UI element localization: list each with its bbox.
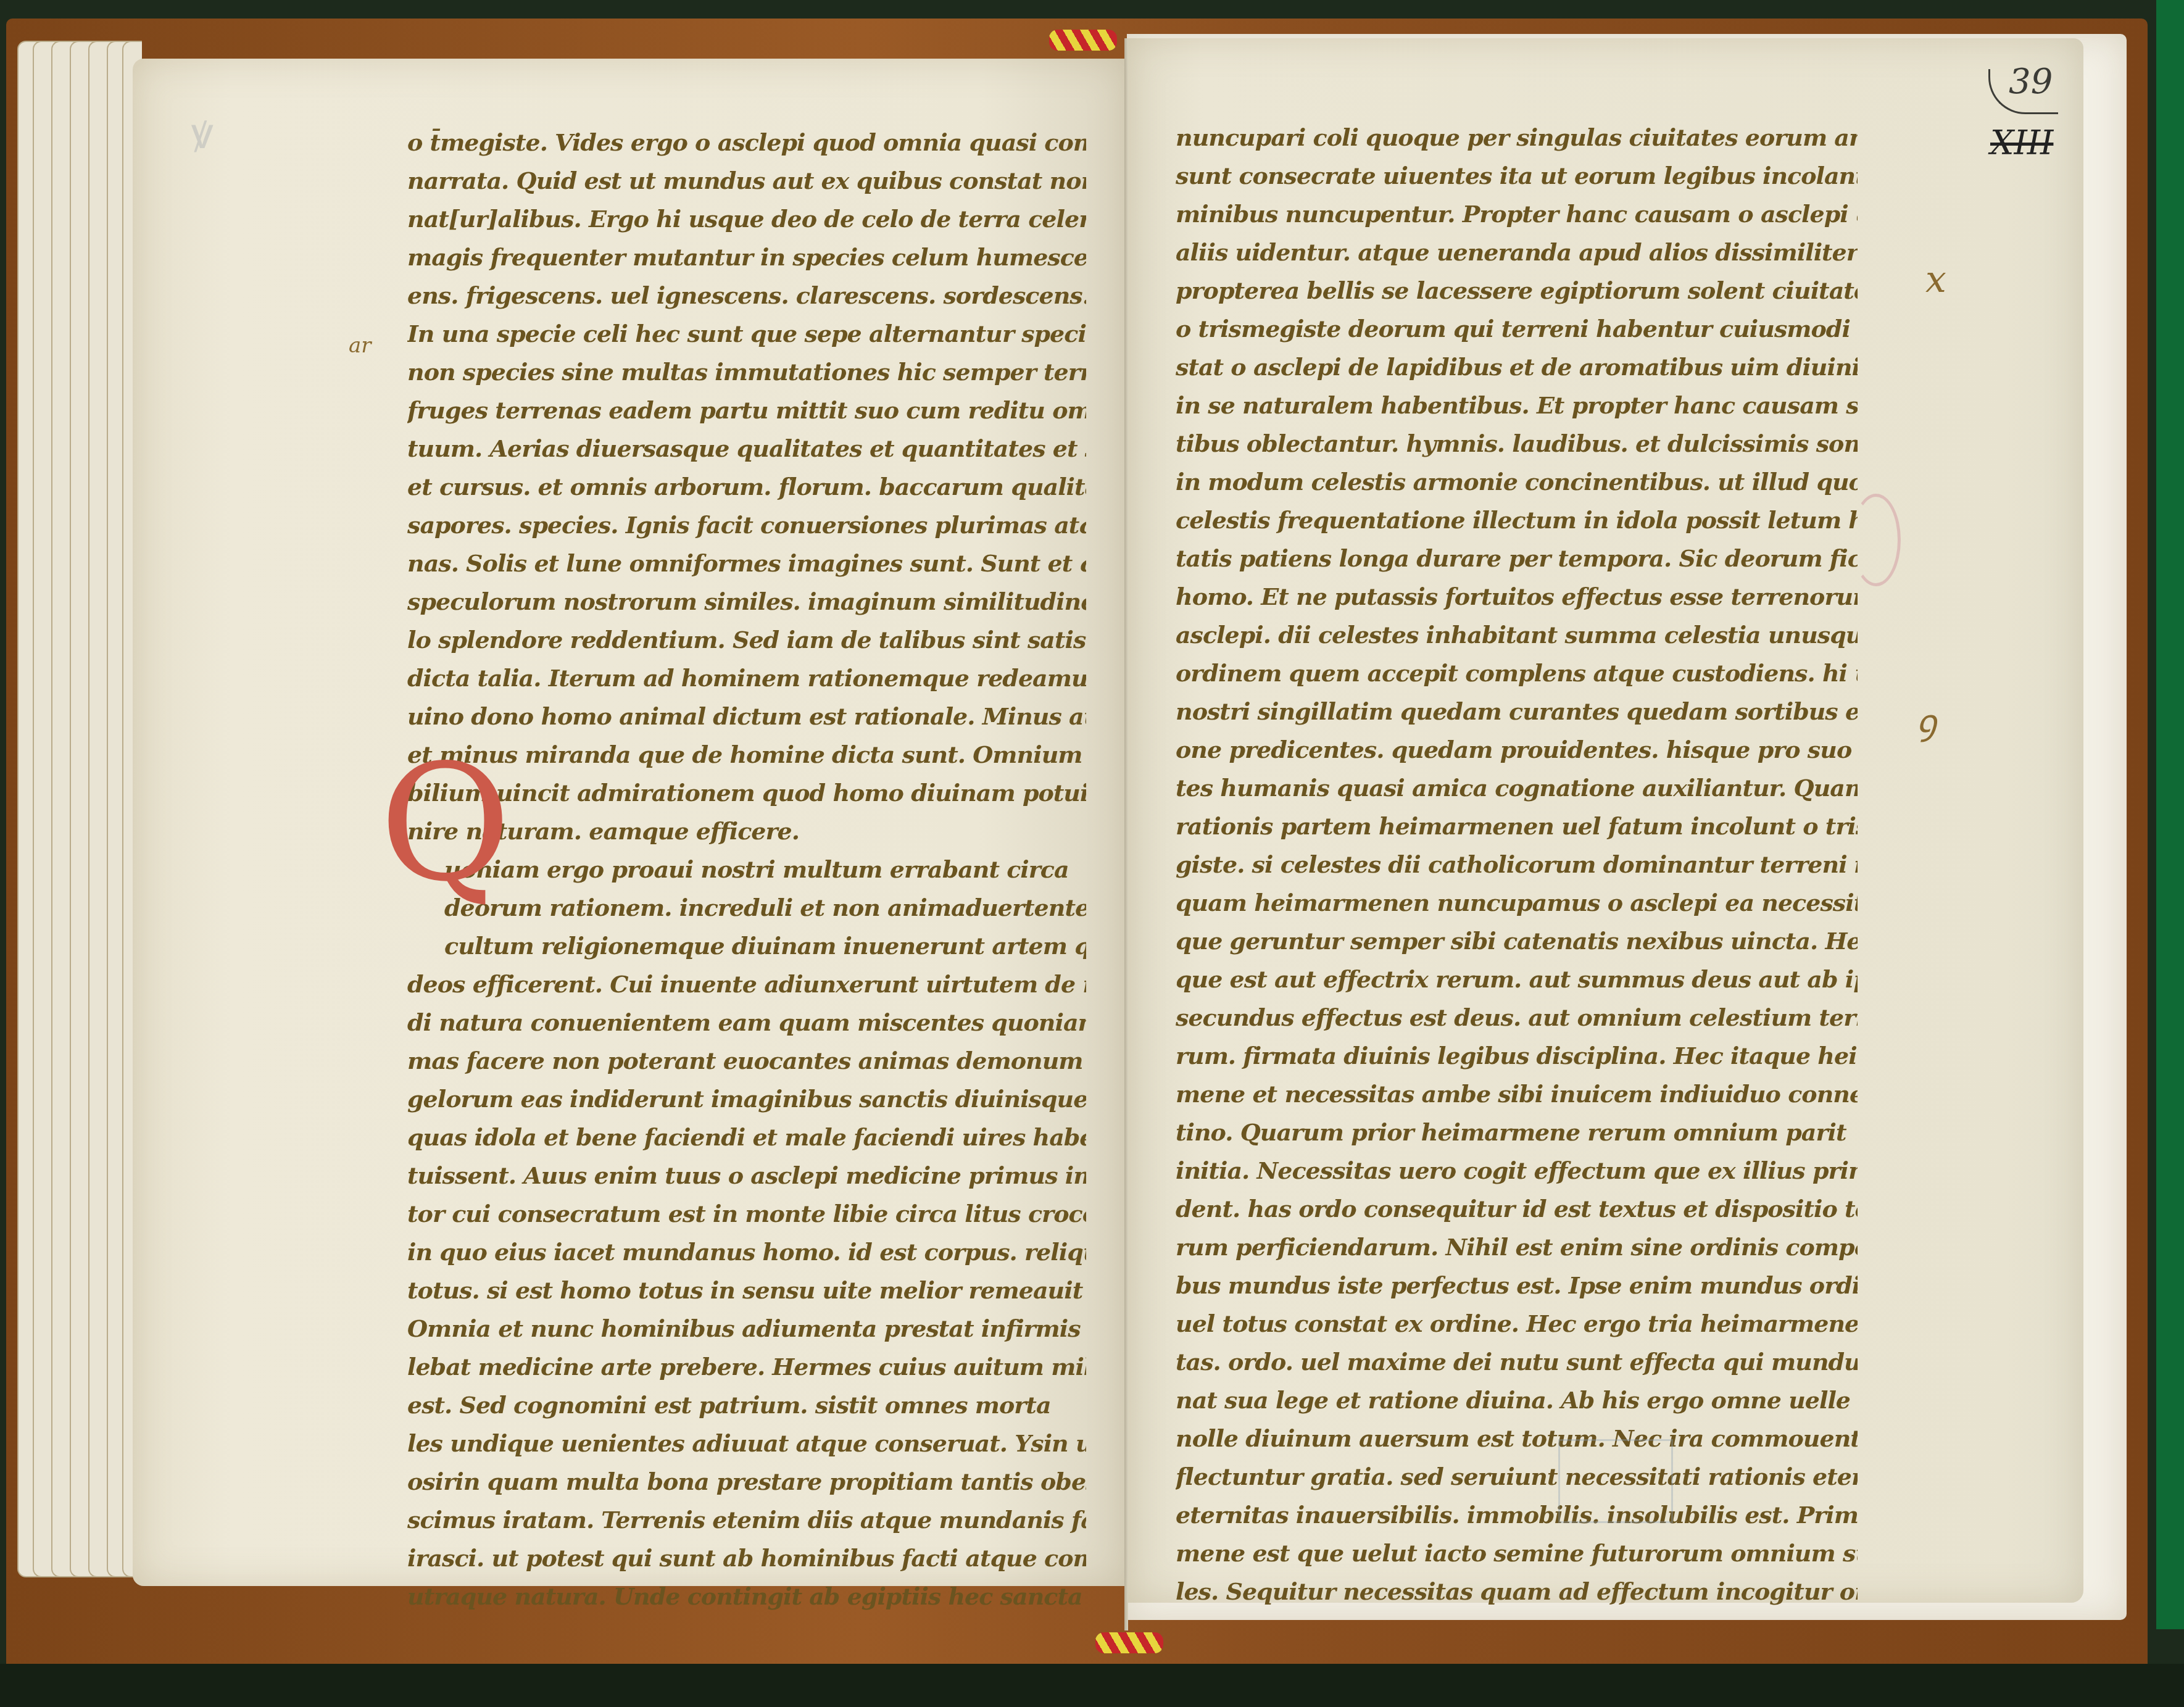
text-line: rum perficiendarum. Nihil est enim sine … — [1176, 1228, 1858, 1266]
margin-mark-loop: ꝯ — [1916, 697, 1937, 744]
text-line: nuncupari coli quoque per singulas ciuit… — [1176, 118, 1858, 157]
text-line: uel totus constat ex ordine. Hec ergo tr… — [1176, 1305, 1858, 1343]
folio-number: 39 — [2009, 62, 2053, 102]
text-line: nolle diuinum auersum est totum. Nec ira… — [1176, 1419, 1858, 1458]
text-line: tuissent. Auus enim tuus o asclepi medic… — [407, 1157, 1086, 1195]
text-line: in modum celestis armonie concinentibus.… — [1176, 463, 1858, 501]
text-line: mas facere non poterant euocantes animas… — [407, 1042, 1086, 1080]
decorated-initial-q: Q — [380, 744, 511, 904]
text-line: nas. Solis et lune omniformes imagines s… — [407, 544, 1086, 583]
text-line: flectuntur gratia. sed seruiunt necessit… — [1176, 1458, 1858, 1496]
text-line: initia. Necessitas uero cogit effectum q… — [1176, 1152, 1858, 1190]
text-line: o trismegiste deorum qui terreni habentu… — [1176, 310, 1858, 348]
text-line: est. Sed cognomini est patrium. sistit o… — [407, 1386, 1086, 1424]
page-stack-left — [17, 41, 141, 1577]
text-line: sunt consecrate uiuentes ita ut eorum le… — [1176, 157, 1858, 195]
text-line: que geruntur semper sibi catenatis nexib… — [1176, 922, 1858, 960]
text-line: narrata. Quid est ut mundus aut ex quibu… — [407, 162, 1086, 200]
text-line: minibus nuncupentur. Propter hanc causam… — [1176, 195, 1858, 233]
text-line: one predicentes. quedam prouidentes. his… — [1176, 731, 1858, 769]
headband-bottom — [1095, 1632, 1163, 1653]
right-text-column: nuncupari coli quoque per singulas ciuit… — [1176, 118, 1858, 1611]
text-line: ordinem quem accepit complens atque cust… — [1176, 654, 1858, 692]
text-line: nat[ur]alibus. Ergo hi usque deo de celo… — [407, 200, 1086, 238]
text-line: propterea bellis se lacessere egiptiorum… — [1176, 272, 1858, 310]
text-line: rum. firmata diuinis legibus disciplina.… — [1176, 1037, 1858, 1075]
background-dark-strip — [0, 1664, 2184, 1707]
text-line: les. Sequitur necessitas quam ad effectu… — [1176, 1572, 1858, 1611]
text-line: celestis frequentatione illectum in idol… — [1176, 501, 1858, 539]
text-line: bus mundus iste perfectus est. Ipse enim… — [1176, 1266, 1858, 1305]
text-line: stat o asclepi de lapidibus et de aromat… — [1176, 348, 1858, 386]
text-line: rationis partem heimarmenen uel fatum in… — [1176, 807, 1858, 845]
text-line: In una specie celi hec sunt que sepe alt… — [407, 315, 1086, 353]
text-line: asclepi. dii celestes inhabitant summa c… — [1176, 616, 1858, 654]
text-line: quam heimarmenen nuncupamus o asclepi ea… — [1176, 884, 1858, 922]
text-line: magis frequenter mutantur in species cel… — [407, 238, 1086, 276]
text-line: lebat medicine arte prebere. Hermes cuiu… — [407, 1348, 1086, 1386]
text-line: et cursus. et omnis arborum. florum. bac… — [407, 468, 1086, 506]
text-line: cultum religionemque diuinam inuenerunt … — [407, 927, 1086, 965]
text-line: quas idola et bene faciendi et male faci… — [407, 1118, 1086, 1157]
library-stamp-faint — [1558, 1439, 1673, 1523]
text-line: homo. Et ne putassis fortuitos effectus … — [1176, 578, 1858, 616]
text-line: lo splendore reddentium. Sed iam de tali… — [407, 621, 1086, 659]
text-line: tor cui consecratum est in monte libie c… — [407, 1195, 1086, 1233]
text-line: fruges terrenas eadem partu mittit suo c… — [407, 391, 1086, 430]
text-line: tatis patiens longa durare per tempora. … — [1176, 539, 1858, 578]
show-through-mark: ꝟ — [191, 102, 213, 161]
text-line: osirin quam multa bona prestare propitia… — [407, 1463, 1086, 1501]
text-line: dent. has ordo consequitur id est textus… — [1176, 1190, 1858, 1228]
text-line: tes humanis quasi amica cognatione auxil… — [1176, 769, 1858, 807]
text-line: irasci. ut potest qui sunt ab hominibus … — [407, 1539, 1086, 1577]
text-line: nat sua lege et ratione diuina. Ab his e… — [1176, 1381, 1858, 1419]
text-line: eternitas inauersibilis. immobilis. inso… — [1176, 1496, 1858, 1534]
roman-numeral-mark: XIII — [1990, 123, 2053, 162]
text-line: scimus iratam. Terrenis etenim diis atqu… — [407, 1501, 1086, 1539]
text-line: non species sine multas immutationes hic… — [407, 353, 1086, 391]
show-through-red-initial — [1851, 494, 1901, 586]
text-line: ens. frigescens. uel ignescens. claresce… — [407, 276, 1086, 315]
text-line: aliis uidentur. atque ueneranda apud ali… — [1176, 233, 1858, 272]
text-line: uino dono homo animal dictum est rationa… — [407, 697, 1086, 736]
text-line: giste. si celestes dii catholicorum domi… — [1176, 845, 1858, 884]
background-green-strip — [2156, 0, 2184, 1629]
text-line: tas. ordo. uel maxime dei nutu sunt effe… — [1176, 1343, 1858, 1381]
gutter — [1124, 38, 1128, 1630]
text-line: sapores. species. Ignis facit conuersion… — [407, 506, 1086, 544]
text-line: di natura conuenientem eam quam miscente… — [407, 1003, 1086, 1042]
text-line: que est aut effectrix rerum. aut summus … — [1176, 960, 1858, 999]
text-line: utraque natura. Unde contingit ab egipti… — [407, 1577, 1086, 1616]
text-line: nostri singillatim quedam curantes queda… — [1176, 692, 1858, 731]
text-line: mene est que uelut iacto semine futuroru… — [1176, 1534, 1858, 1572]
text-line: in quo eius iacet mundanus homo. id est … — [407, 1233, 1086, 1271]
text-line: tibus oblectantur. hymnis. laudibus. et … — [1176, 425, 1858, 463]
text-line: tuum. Aerias diuersasque qualitates et q… — [407, 430, 1086, 468]
headband-top — [1049, 30, 1117, 51]
text-line: dicta talia. Iterum ad hominem rationemq… — [407, 659, 1086, 697]
text-line: les undique uenientes adiuuat atque cons… — [407, 1424, 1086, 1463]
margin-annotation: ar — [349, 333, 372, 358]
text-line: secundus effectus est deus. aut omnium c… — [1176, 999, 1858, 1037]
margin-mark-x: x — [1925, 258, 1946, 301]
text-line: totus. si est homo totus in sensu uite m… — [407, 1271, 1086, 1310]
text-line: Omnia et nunc hominibus adiumenta presta… — [407, 1310, 1086, 1348]
text-line: mene et necessitas ambe sibi inuicem ind… — [1176, 1075, 1858, 1113]
text-line: speculorum nostrorum similes. imaginum s… — [407, 583, 1086, 621]
text-line: tino. Quarum prior heimarmene rerum omni… — [1176, 1113, 1858, 1152]
text-line: gelorum eas indiderunt imaginibus sancti… — [407, 1080, 1086, 1118]
text-line: in se naturalem habentibus. Et propter h… — [1176, 386, 1858, 425]
text-line: deos efficerent. Cui inuente adiunxerunt… — [407, 965, 1086, 1003]
text-line: o t̄megiste. Vides ergo o asclepi quod o… — [407, 123, 1086, 162]
